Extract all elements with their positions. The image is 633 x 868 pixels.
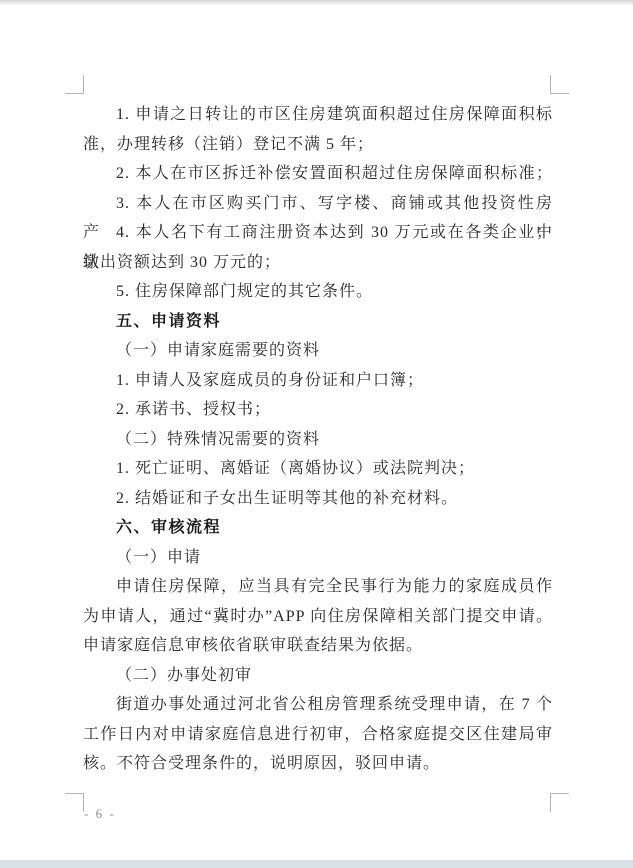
document-line: 核。不符合受理条件的，说明原因，驳回申请。 — [83, 749, 553, 779]
document-body: 1. 申请之日转让的市区住房建筑面积超过住房保障面积标 准，办理转移（注销）登记… — [83, 100, 553, 779]
document-line: 1. 申请人及家庭成员的身份证和户口簿； — [83, 366, 553, 396]
document-line: 为申请人，通过“冀时办”APP 向住房保障相关部门提交申请。 — [83, 602, 553, 632]
document-line: 1. 申请之日转让的市区住房建筑面积超过住房保障面积标 — [83, 100, 553, 130]
page-top-shadow — [0, 0, 633, 6]
section-heading: 五、申请资料 — [83, 307, 553, 337]
page-number: - 6 - — [84, 806, 116, 822]
document-line: 4. 本人名下有工商注册资本达到 30 万元或在各类企业中认 — [83, 218, 553, 248]
document-line: 工作日内对申请家庭信息进行初审，合格家庭提交区住建局审 — [83, 720, 553, 750]
document-line: 准，办理转移（注销）登记不满 5 年； — [83, 130, 553, 160]
document-line: 1. 死亡证明、离婚证（离婚协议）或法院判决； — [83, 454, 553, 484]
document-line: 2. 本人在市区拆迁补偿安置面积超过住房保障面积标准； — [83, 159, 553, 189]
document-line: （二）办事处初审 — [83, 661, 553, 691]
document-line: 缴出资额达到 30 万元的； — [83, 248, 553, 278]
document-line: （一）申请家庭需要的资料 — [83, 336, 553, 366]
section-heading: 六、审核流程 — [83, 513, 553, 543]
crop-mark-top-right — [550, 75, 569, 94]
document-line: 申请住房保障，应当具有完全民事行为能力的家庭成员作 — [83, 572, 553, 602]
bottom-bar — [0, 860, 633, 868]
document-line: 2. 结婚证和子女出生证明等其他的补充材料。 — [83, 484, 553, 514]
document-line: （一）申请 — [83, 543, 553, 573]
document-line: 街道办事处通过河北省公租房管理系统受理申请，在 7 个 — [83, 690, 553, 720]
document-line: 3. 本人在市区购买门市、写字楼、商铺或其他投资性房产； — [83, 189, 553, 219]
document-line: 5. 住房保障部门规定的其它条件。 — [83, 277, 553, 307]
document-line: （二）特殊情况需要的资料 — [83, 425, 553, 455]
crop-mark-bottom-left — [65, 793, 84, 812]
crop-mark-bottom-right — [550, 793, 569, 812]
document-line: 申请家庭信息审核依省联审联查结果为依据。 — [83, 631, 553, 661]
document-line: 2. 承诺书、授权书； — [83, 395, 553, 425]
document-page: 1. 申请之日转让的市区住房建筑面积超过住房保障面积标 准，办理转移（注销）登记… — [0, 0, 633, 868]
crop-mark-top-left — [65, 75, 84, 94]
